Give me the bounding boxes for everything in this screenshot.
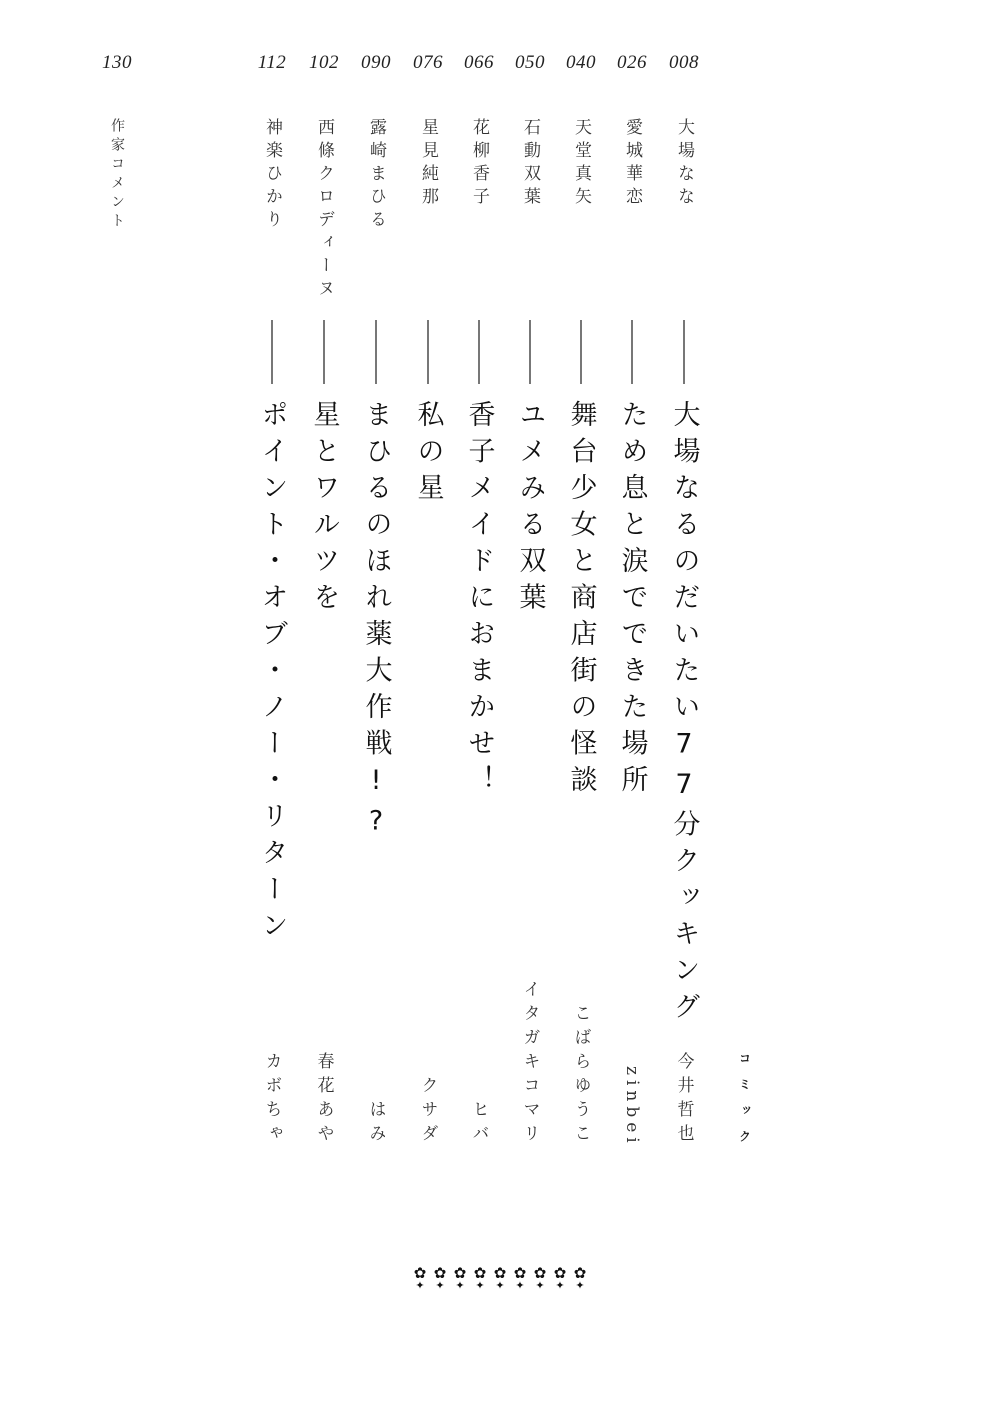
artist-name-026: zinbei: [622, 1066, 642, 1148]
page-number-author-comment: 130: [102, 52, 132, 74]
sparkle-star-icon: ✦: [415, 1280, 424, 1292]
story-title-040[interactable]: 舞台少女と商店街の怪談: [562, 400, 601, 802]
story-title-102[interactable]: 星とワルツを: [305, 400, 344, 619]
story-title-066[interactable]: 香子メイドにおまかせ！: [460, 400, 499, 802]
page-number-076: 076: [413, 52, 443, 74]
character-name-mahiru: 露崎まひる: [366, 118, 386, 233]
story-title-090[interactable]: まひるのほれ薬大作戦!?: [357, 400, 396, 846]
artist-name-102: 春花あや: [312, 1052, 337, 1148]
flower-icon: ✿: [574, 1266, 587, 1280]
flower-icon: ✿: [554, 1266, 567, 1280]
sparkle-star-icon: ✦: [535, 1280, 544, 1292]
dash-separator: [478, 320, 480, 384]
sparkle-star-icon: ✦: [475, 1280, 484, 1292]
dash-separator: [529, 320, 531, 384]
story-title-008[interactable]: 大場なるのだいたい77分クッキング: [665, 400, 704, 1029]
character-name-maya: 天堂真矢: [571, 118, 591, 210]
dash-separator: [580, 320, 582, 384]
artist-name-050: イタガキコマリ: [518, 980, 543, 1148]
decorative-ornament-row: ✿✦✿✦✿✦✿✦✿✦✿✦✿✦✿✦✿✦: [413, 1266, 587, 1292]
page-number-090: 090: [361, 52, 391, 74]
character-name-junna: 星見純那: [418, 118, 438, 210]
sparkle-star-icon: ✦: [515, 1280, 524, 1292]
ornament-unit: ✿✦: [513, 1266, 527, 1292]
page-number-066: 066: [464, 52, 494, 74]
dash-separator: [271, 320, 273, 384]
artist-name-008: 今井哲也: [672, 1052, 697, 1148]
ornament-unit: ✿✦: [573, 1266, 587, 1292]
sparkle-star-icon: ✦: [435, 1280, 444, 1292]
flower-icon: ✿: [474, 1266, 487, 1280]
character-name-nana: 大場なな: [674, 118, 694, 210]
flower-icon: ✿: [494, 1266, 507, 1280]
page-number-040: 040: [566, 52, 596, 74]
dash-separator: [631, 320, 633, 384]
flower-icon: ✿: [514, 1266, 527, 1280]
flower-icon: ✿: [454, 1266, 467, 1280]
artist-name-076: クサダ: [416, 1076, 441, 1148]
page-number-102: 102: [309, 52, 339, 74]
character-name-claudine: 西條クロディーヌ: [314, 118, 334, 302]
story-title-112[interactable]: ポイント・オブ・ノー・リターン: [253, 400, 292, 948]
sparkle-star-icon: ✦: [555, 1280, 564, 1292]
author-comment-label: 作家コメント: [107, 118, 127, 232]
ornament-unit: ✿✦: [453, 1266, 467, 1292]
story-title-076[interactable]: 私の星: [409, 400, 448, 510]
page-number-008: 008: [669, 52, 699, 74]
dash-separator: [427, 320, 429, 384]
sparkle-star-icon: ✦: [575, 1280, 584, 1292]
ornament-unit: ✿✦: [413, 1266, 427, 1292]
flower-icon: ✿: [414, 1266, 427, 1280]
character-name-kaoruko: 花柳香子: [469, 118, 489, 210]
character-name-futaba: 石動双葉: [520, 118, 540, 210]
page-number-112: 112: [258, 52, 287, 74]
comic-section-label: コミック: [737, 1052, 754, 1156]
ornament-unit: ✿✦: [433, 1266, 447, 1292]
ornament-unit: ✿✦: [553, 1266, 567, 1292]
sparkle-star-icon: ✦: [495, 1280, 504, 1292]
sparkle-star-icon: ✦: [455, 1280, 464, 1292]
artist-name-040: こばらゆうこ: [569, 1004, 594, 1148]
flower-icon: ✿: [534, 1266, 547, 1280]
dash-separator: [323, 320, 325, 384]
dash-separator: [375, 320, 377, 384]
story-title-026[interactable]: ため息と涙でできた場所: [613, 400, 652, 802]
ornament-unit: ✿✦: [473, 1266, 487, 1292]
flower-icon: ✿: [434, 1266, 447, 1280]
artist-name-112: カボちゃ: [260, 1052, 285, 1148]
ornament-unit: ✿✦: [493, 1266, 507, 1292]
artist-name-066: ヒバ: [467, 1100, 492, 1148]
ornament-unit: ✿✦: [533, 1266, 547, 1292]
dash-separator: [683, 320, 685, 384]
story-title-050[interactable]: ユメみる双葉: [511, 400, 550, 619]
character-name-karen: 愛城華恋: [622, 118, 642, 210]
artist-name-090: はみ: [364, 1100, 389, 1148]
page-number-026: 026: [617, 52, 647, 74]
character-name-hikari: 神楽ひかり: [262, 118, 282, 233]
page-number-050: 050: [515, 52, 545, 74]
